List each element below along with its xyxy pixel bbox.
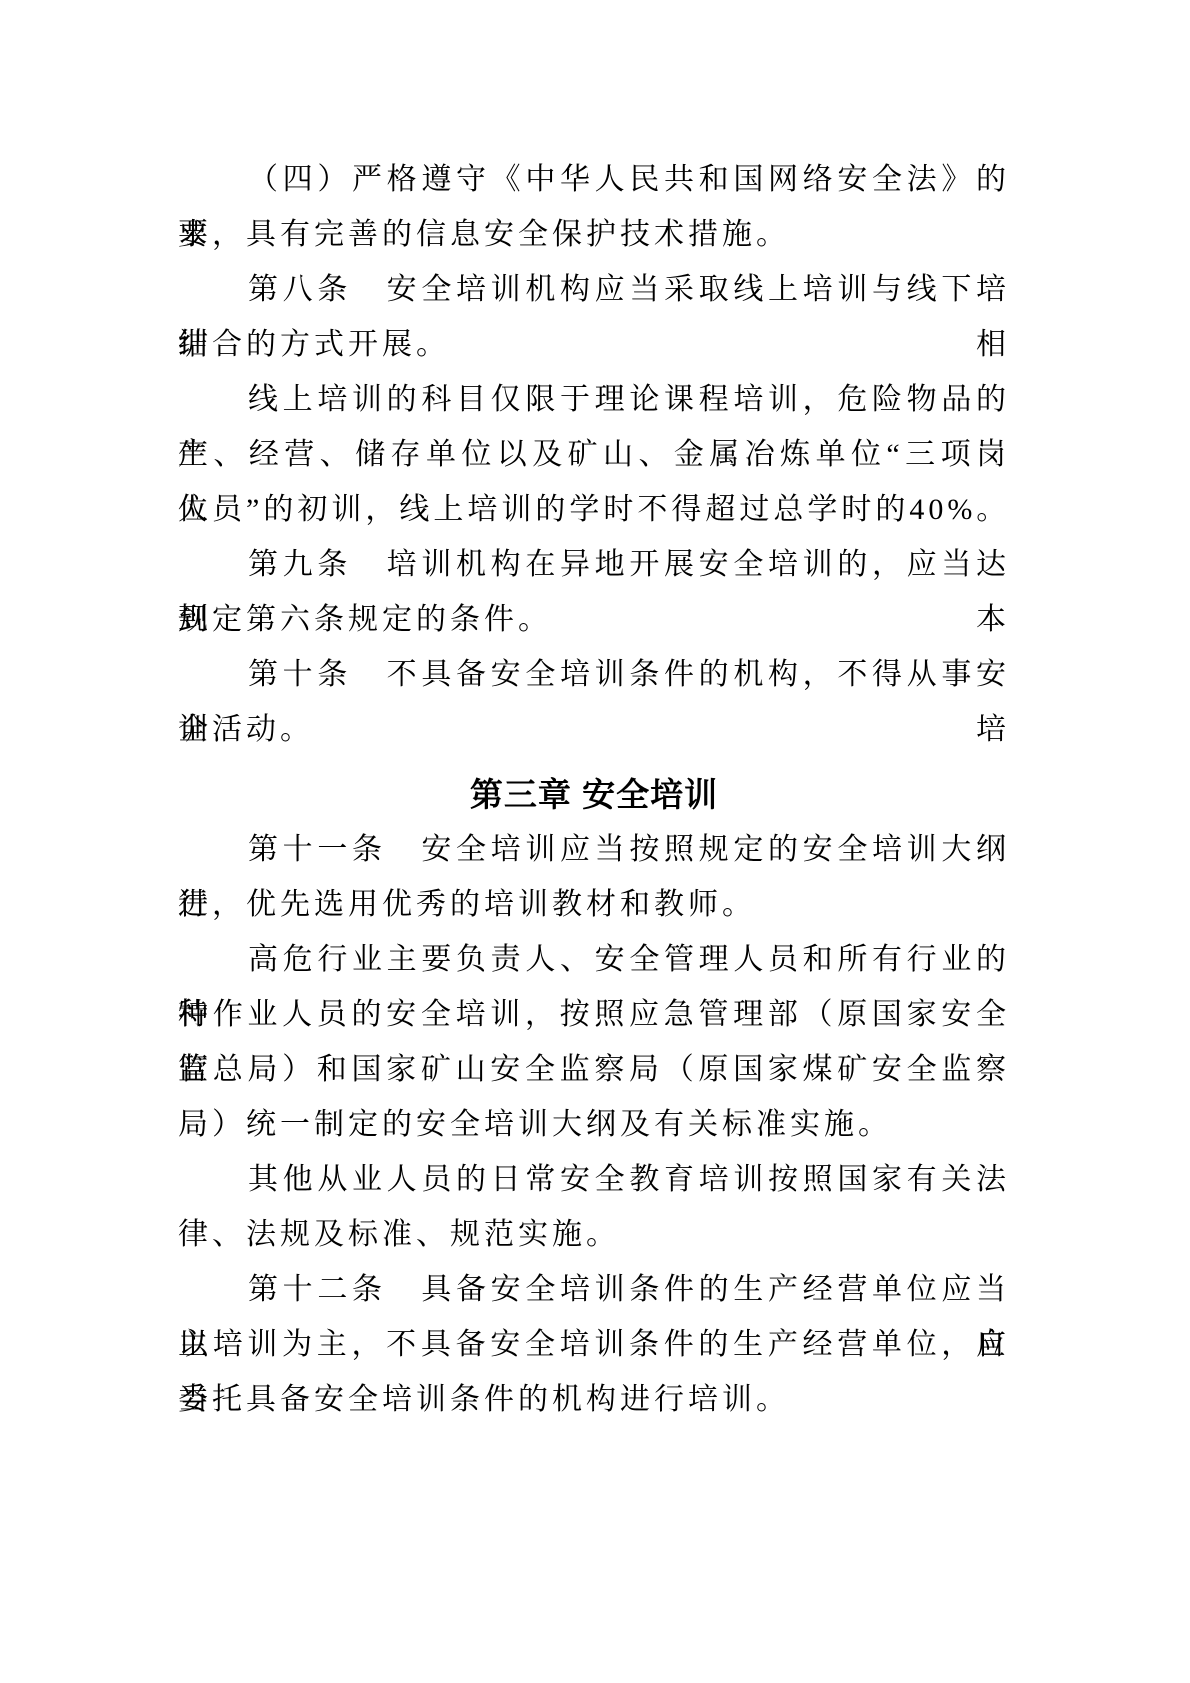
text-line: 第十条 不具备安全培训条件的机构，不得从事安全培 bbox=[178, 647, 1010, 702]
text-line: 其他从业人员的日常安全教育培训按照国家有关法 bbox=[178, 1152, 1010, 1207]
text-line: 行，优先选用优秀的培训教材和教师。 bbox=[178, 877, 1010, 932]
text-line: 求，具有完善的信息安全保护技术措施。 bbox=[178, 207, 1010, 262]
text-line: 第十一条 安全培训应当按照规定的安全培训大纲进 bbox=[178, 822, 1010, 877]
chapter-heading: 第三章 安全培训 bbox=[178, 767, 1010, 822]
text-line: 线上培训的科目仅限于理论课程培训，危险物品的生 bbox=[178, 372, 1010, 427]
text-line: 人员”的初训，线上培训的学时不得超过总学时的40%。 bbox=[178, 482, 1010, 537]
text-line: 种作业人员的安全培训，按照应急管理部（原国家安全监 bbox=[178, 987, 1010, 1042]
document-page: { "page": { "background_color": "#ffffff… bbox=[0, 0, 1190, 1683]
text-line: 主培训为主，不具备安全培训条件的生产经营单位，应当 bbox=[178, 1317, 1010, 1372]
text-line: 律、法规及标准、规范实施。 bbox=[178, 1207, 1010, 1262]
text-line: 委托具备安全培训条件的机构进行培训。 bbox=[178, 1372, 1010, 1427]
text-line: 产、经营、储存单位以及矿山、金属冶炼单位“三项岗位 bbox=[178, 427, 1010, 482]
text-line: 第八条 安全培训机构应当采取线上培训与线下培训相 bbox=[178, 262, 1010, 317]
document-body: （四）严格遵守《中华人民共和国网络安全法》的要 求，具有完善的信息安全保护技术措… bbox=[178, 152, 1010, 1427]
text-line: 第九条 培训机构在异地开展安全培训的，应当达到本 bbox=[178, 537, 1010, 592]
text-line: 高危行业主要负责人、安全管理人员和所有行业的特 bbox=[178, 932, 1010, 987]
text-line: （四）严格遵守《中华人民共和国网络安全法》的要 bbox=[178, 152, 1010, 207]
text-line: 局）统一制定的安全培训大纲及有关标准实施。 bbox=[178, 1097, 1010, 1152]
text-line: 管总局）和国家矿山安全监察局（原国家煤矿安全监察 bbox=[178, 1042, 1010, 1097]
text-line: 第十二条 具备安全培训条件的生产经营单位应当以自 bbox=[178, 1262, 1010, 1317]
